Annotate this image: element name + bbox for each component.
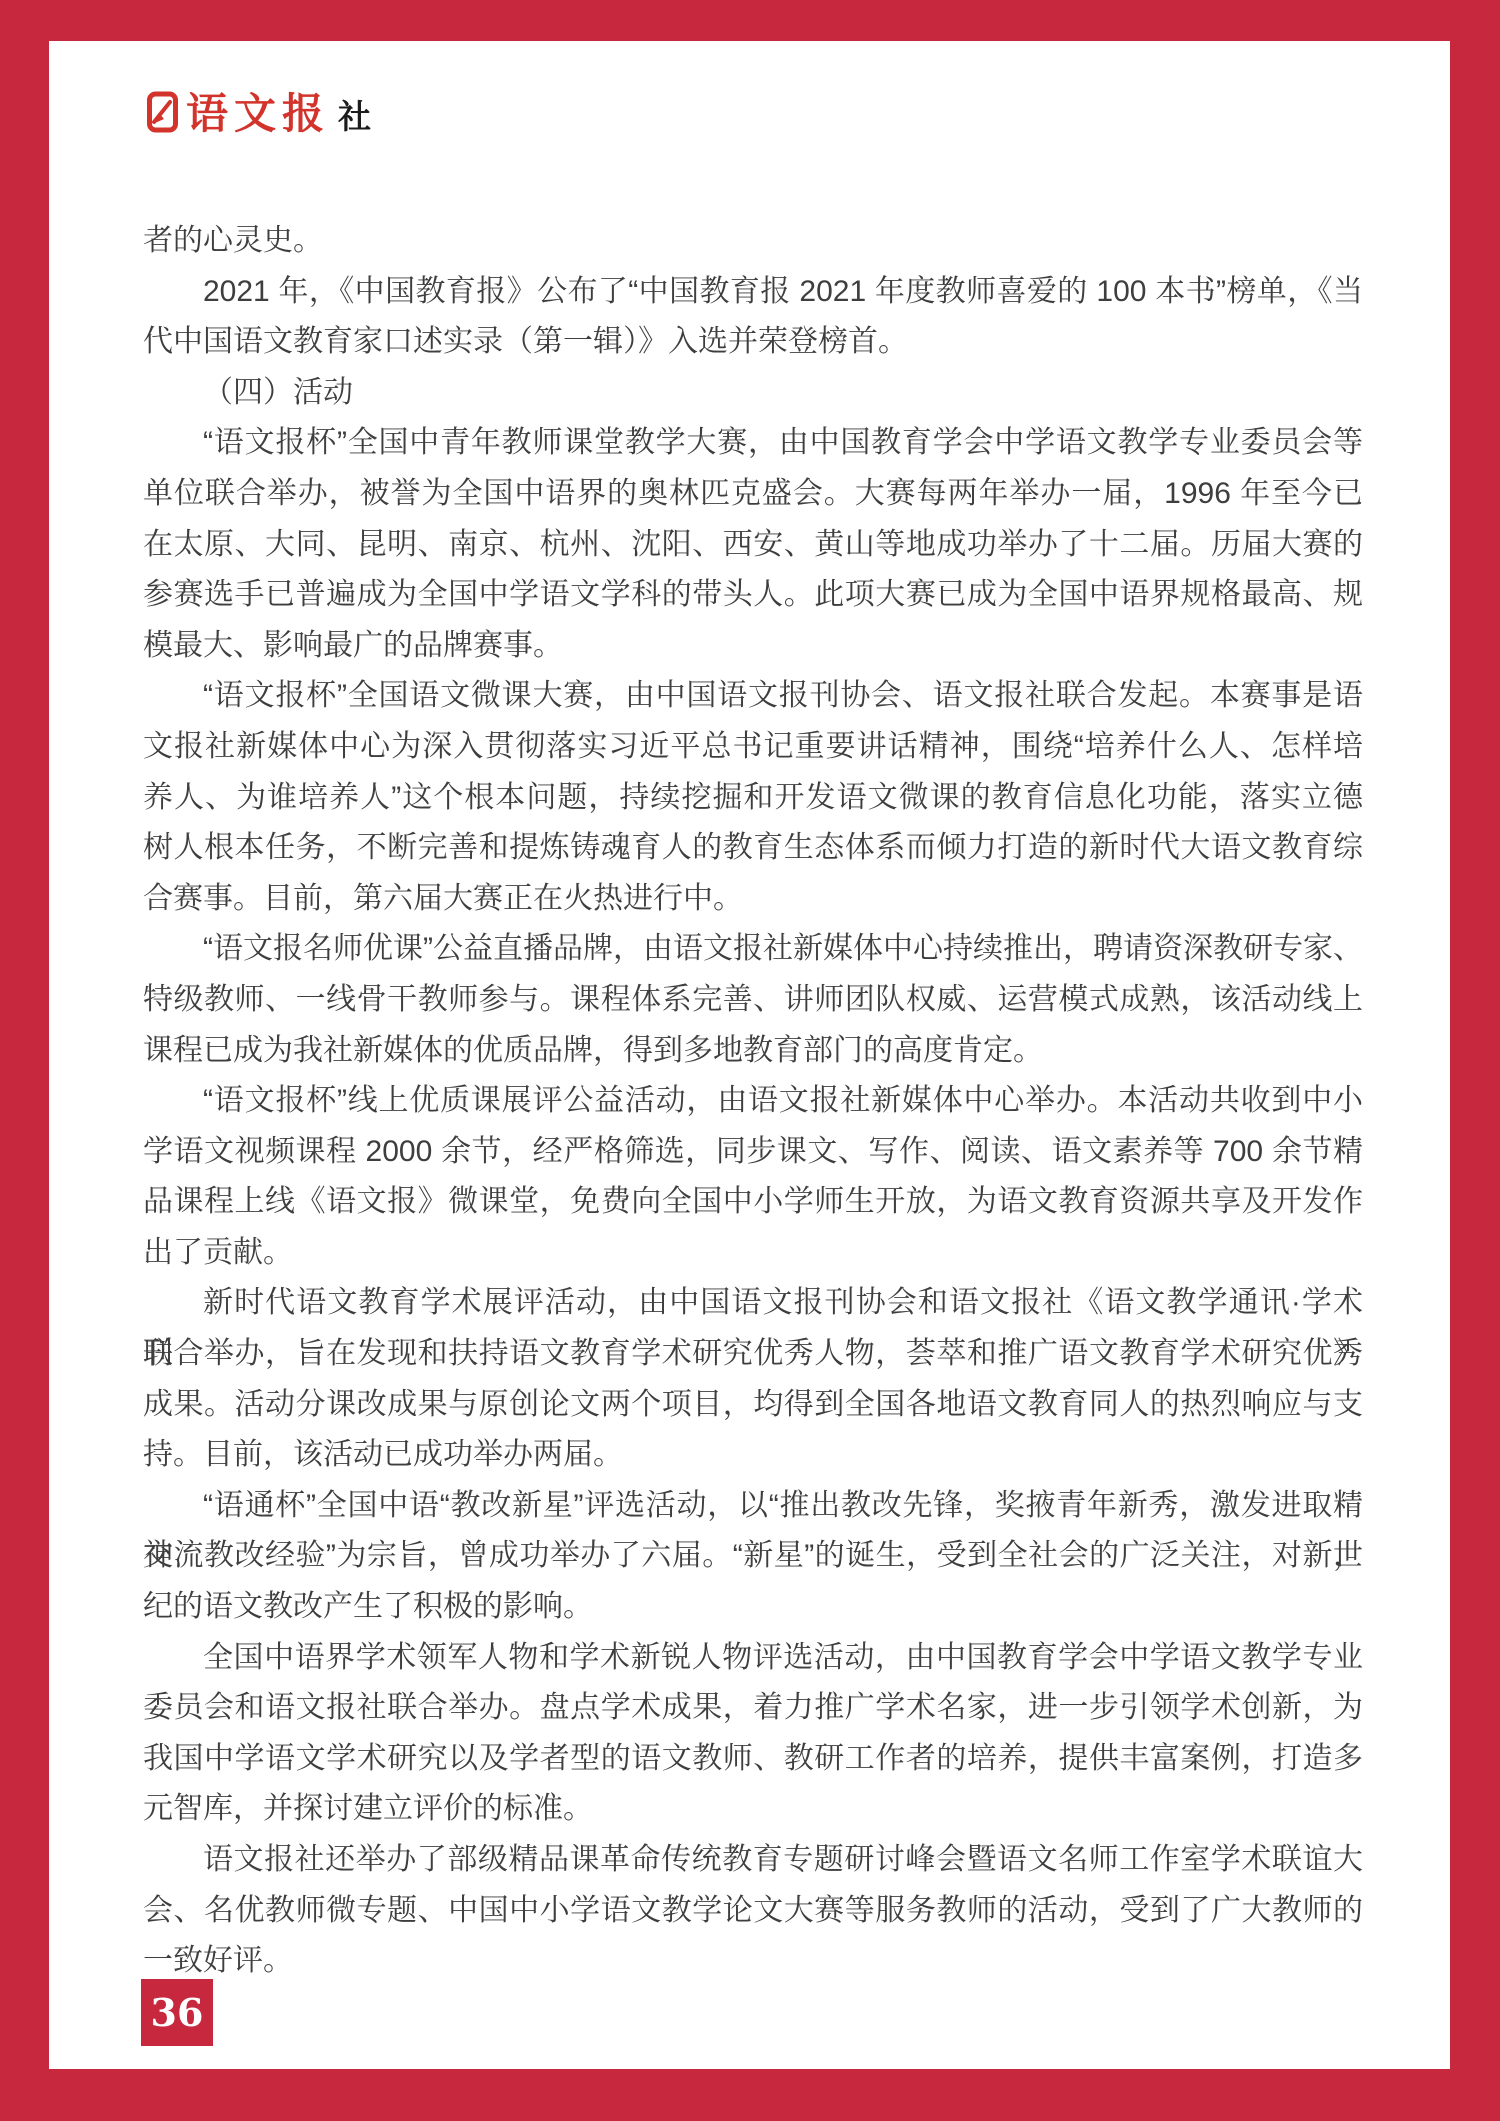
yuwenbao-seal-icon <box>147 91 178 133</box>
text-line: 联合举办，旨在发现和扶持语文教育学术研究优秀人物，荟萃和推广语文教育学术研究优秀 <box>143 1329 1363 1380</box>
text-line: 文报社新媒体中心为深入贯彻落实习近平总书记重要讲话精神，围绕“培养什么人、怎样培 <box>143 722 1363 773</box>
text-line: 委员会和语文报社联合举办。盘点学术成果，着力推广学术名家，进一步引领学术创新，为 <box>143 1683 1363 1734</box>
brand-logo: 语文报 社 <box>147 91 371 135</box>
brand-name-red: 语文报 <box>186 93 330 135</box>
text-line: 交流教改经验”为宗旨，曾成功举办了六届。“新星”的诞生，受到全社会的广泛关注，对… <box>143 1531 1363 1582</box>
text-line: 出了贡献。 <box>143 1228 1363 1279</box>
text-line: 学语文视频课程 2000 余节，经严格筛选，同步课文、写作、阅读、语文素养等 7… <box>143 1127 1363 1178</box>
text-line: 我国中学语文学术研究以及学者型的语文教师、教研工作者的培养，提供丰富案例，打造多 <box>143 1734 1363 1785</box>
text-line: 全国中语界学术领军人物和学术新锐人物评选活动，由中国教育学会中学语文教学专业 <box>143 1633 1363 1684</box>
text-line: “语文报杯”全国语文微课大赛，由中国语文报刊协会、语文报社联合发起。本赛事是语 <box>143 671 1363 722</box>
page-number: 36 <box>151 1990 204 2035</box>
text-line: 特级教师、一线骨干教师参与。课程体系完善、讲师团队权威、运营模式成熟，该活动线上 <box>143 975 1363 1026</box>
text-line: 参赛选手已普遍成为全国中学语文学科的带头人。此项大赛已成为全国中语界规格最高、规 <box>143 570 1363 621</box>
brand-name-suffix: 社 <box>338 100 371 135</box>
text-line: （四）活动 <box>143 368 1363 419</box>
text-line: 单位联合举办，被誉为全国中语界的奥林匹克盛会。大赛每两年举办一届，1996 年至… <box>143 469 1363 520</box>
text-line: “语文报杯”线上优质课展评公益活动，由语文报社新媒体中心举办。本活动共收到中小 <box>143 1076 1363 1127</box>
text-line: 树人根本任务，不断完善和提炼铸魂育人的教育生态体系而倾力打造的新时代大语文教育综 <box>143 823 1363 874</box>
text-line: 在太原、大同、昆明、南京、杭州、沈阳、西安、黄山等地成功举办了十二届。历届大赛的 <box>143 520 1363 571</box>
text-line: 合赛事。目前，第六届大赛正在火热进行中。 <box>143 874 1363 925</box>
text-line: “语文报杯”全国中青年教师课堂教学大赛，由中国教育学会中学语文教学专业委员会等 <box>143 418 1363 469</box>
text-line: 品课程上线《语文报》微课堂，免费向全国中小学师生开放，为语文教育资源共享及开发作 <box>143 1177 1363 1228</box>
text-line: 模最大、影响最广的品牌赛事。 <box>143 621 1363 672</box>
text-line: 语文报社还举办了部级精品课革命传统教育专题研讨峰会暨语文名师工作室学术联谊大 <box>143 1835 1363 1886</box>
text-line: 持。目前，该活动已成功举办两届。 <box>143 1430 1363 1481</box>
text-line: 代中国语文教育家口述实录（第一辑）》入选并荣登榜首。 <box>143 317 1363 368</box>
text-line: “语通杯”全国中语“教改新星”评选活动，以“推出教改先锋，奖掖青年新秀，激发进取… <box>143 1481 1363 1532</box>
text-line: 成果。活动分课改成果与原创论文两个项目，均得到全国各地语文教育同人的热烈响应与支 <box>143 1380 1363 1431</box>
text-line: 一致好评。 <box>143 1936 1363 1987</box>
text-line: 元智库，并探讨建立评价的标准。 <box>143 1784 1363 1835</box>
page-number-badge: 36 <box>141 1979 213 2046</box>
text-line: 2021 年，《中国教育报》公布了“中国教育报 2021 年度教师喜爱的 100… <box>143 267 1363 318</box>
text-line: 纪的语文教改产生了积极的影响。 <box>143 1582 1363 1633</box>
document-page: 语文报 社 者的心灵史。2021 年，《中国教育报》公布了“中国教育报 2021… <box>49 41 1450 2069</box>
text-line: 者的心灵史。 <box>143 216 1363 267</box>
text-line: 会、名优教师微专题、中国中小学语文教学论文大赛等服务教师的活动，受到了广大教师的 <box>143 1886 1363 1937</box>
text-line: 新时代语文教育学术展评活动，由中国语文报刊协会和语文报社《语文教学通讯·学术刊》 <box>143 1278 1363 1329</box>
page-frame: { "page": { "colors": { "frame_red": "#c… <box>0 0 1500 2121</box>
text-line: 课程已成为我社新媒体的优质品牌，得到多地教育部门的高度肯定。 <box>143 1026 1363 1077</box>
document-body: 者的心灵史。2021 年，《中国教育报》公布了“中国教育报 2021 年度教师喜… <box>143 216 1363 1987</box>
text-line: “语文报名师优课”公益直播品牌，由语文报社新媒体中心持续推出，聘请资深教研专家、 <box>143 924 1363 975</box>
text-line: 养人、为谁培养人”这个根本问题，持续挖掘和开发语文微课的教育信息化功能，落实立德 <box>143 773 1363 824</box>
